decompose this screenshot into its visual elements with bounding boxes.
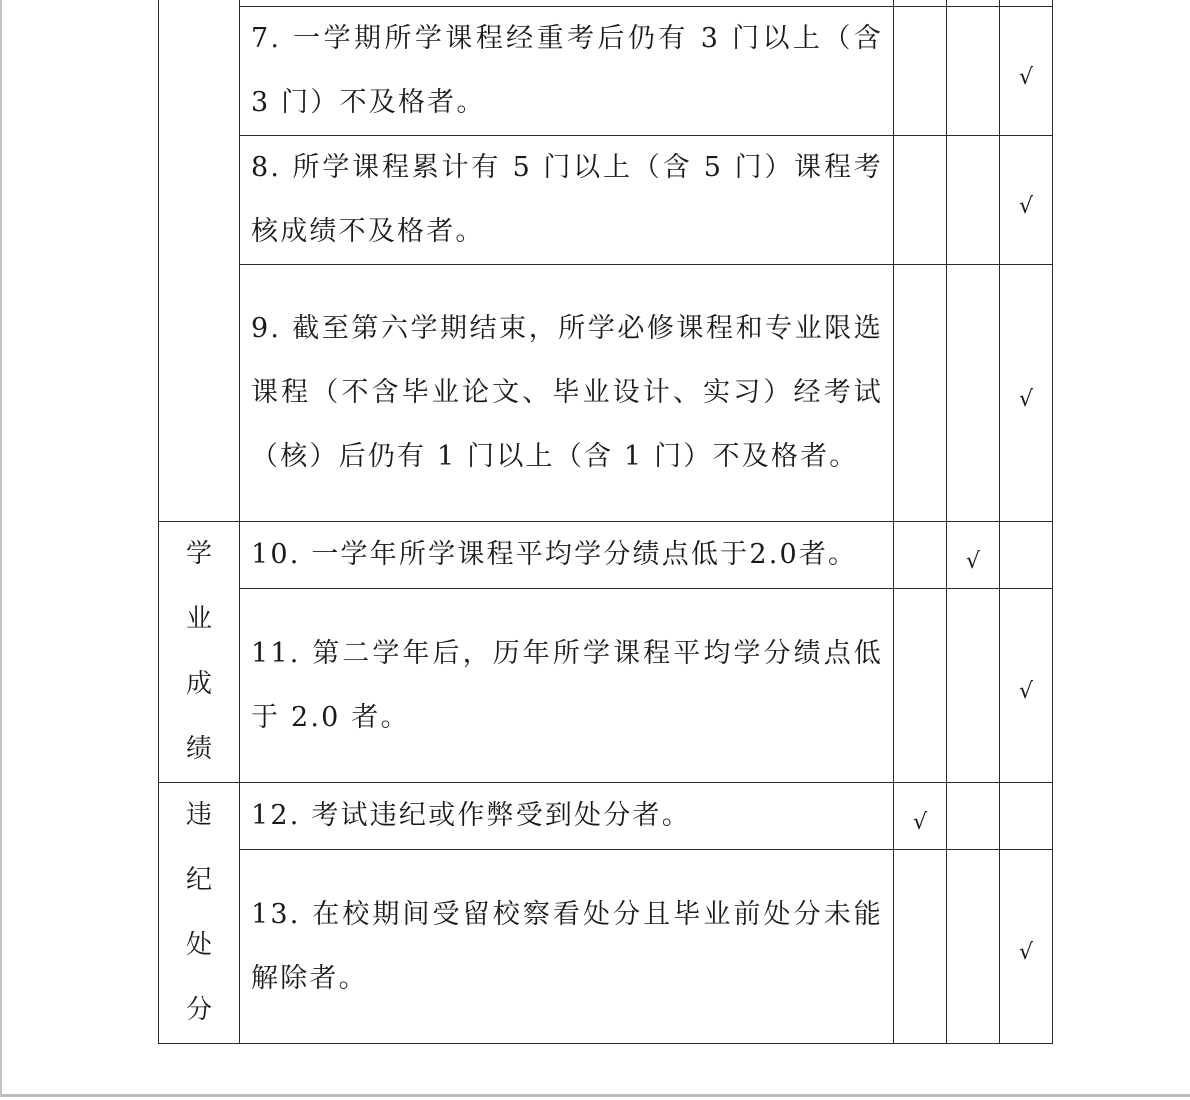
table-row-9: 9. 截至第六学期结束，所学必修课程和专业限选课程（不含毕业论文、毕业设计、实习…	[159, 265, 1053, 522]
table-row-7: 7. 一学期所学课程经重考后仍有 3 门以上（含 3 门）不及格者。 √	[159, 7, 1053, 136]
row-description: 10. 一学年所学课程平均学分绩点低于2.0者。	[240, 522, 894, 589]
academic-warning-table: 7. 一学期所学课程经重考后仍有 3 门以上（含 3 门）不及格者。 √ 8. …	[158, 0, 1053, 1044]
mark-cell	[894, 136, 947, 265]
check-mark-icon: √	[1019, 65, 1033, 90]
check-mark-icon: √	[1019, 679, 1033, 704]
mark-cell	[894, 589, 947, 783]
mark-cell	[894, 265, 947, 522]
mark-cell	[947, 589, 1000, 783]
mark-cell	[894, 7, 947, 136]
mark-cell	[947, 783, 1000, 850]
category-academic-performance: 学 业 成 绩	[159, 522, 240, 783]
mark-cell	[894, 850, 947, 1044]
mark-cell	[947, 136, 1000, 265]
category-cell-continued	[159, 0, 240, 522]
row-description: 13. 在校期间受留校察看处分且毕业前处分未能解除者。	[240, 850, 894, 1044]
row-description: 11. 第二学年后，历年所学课程平均学分绩点低于 2.0 者。	[240, 589, 894, 783]
mark-cell	[894, 522, 947, 589]
check-mark-icon: √	[1019, 387, 1033, 412]
row-description: 7. 一学期所学课程经重考后仍有 3 门以上（含 3 门）不及格者。	[240, 7, 894, 136]
table-row-8: 8. 所学课程累计有 5 门以上（含 5 门）课程考核成绩不及格者。 √	[159, 136, 1053, 265]
mark-cell	[1000, 522, 1053, 589]
table-row-13: 13. 在校期间受留校察看处分且毕业前处分未能解除者。 √	[159, 850, 1053, 1044]
category-disciplinary-action: 违 纪 处 分	[159, 783, 240, 1044]
mark-cell: √	[1000, 7, 1053, 136]
mark-cell	[947, 265, 1000, 522]
mark-cell: √	[894, 783, 947, 850]
mark-cell	[947, 850, 1000, 1044]
mark-cell	[1000, 783, 1053, 850]
table-row-11: 11. 第二学年后，历年所学课程平均学分绩点低于 2.0 者。 √	[159, 589, 1053, 783]
mark-cell: √	[1000, 589, 1053, 783]
check-mark-icon: √	[913, 810, 927, 835]
check-mark-icon: √	[1019, 194, 1033, 219]
table-row-10: 学 业 成 绩 10. 一学年所学课程平均学分绩点低于2.0者。 √	[159, 522, 1053, 589]
mark-cell: √	[1000, 265, 1053, 522]
row-description: 9. 截至第六学期结束，所学必修课程和专业限选课程（不含毕业论文、毕业设计、实习…	[240, 265, 894, 522]
row-description: 8. 所学课程累计有 5 门以上（含 5 门）课程考核成绩不及格者。	[240, 136, 894, 265]
mark-cell: √	[1000, 136, 1053, 265]
table-row-12: 违 纪 处 分 12. 考试违纪或作弊受到处分者。 √	[159, 783, 1053, 850]
row-description: 12. 考试违纪或作弊受到处分者。	[240, 783, 894, 850]
mark-cell: √	[1000, 850, 1053, 1044]
mark-cell: √	[947, 522, 1000, 589]
check-mark-icon: √	[966, 549, 980, 574]
check-mark-icon: √	[1019, 940, 1033, 965]
mark-cell	[947, 7, 1000, 136]
